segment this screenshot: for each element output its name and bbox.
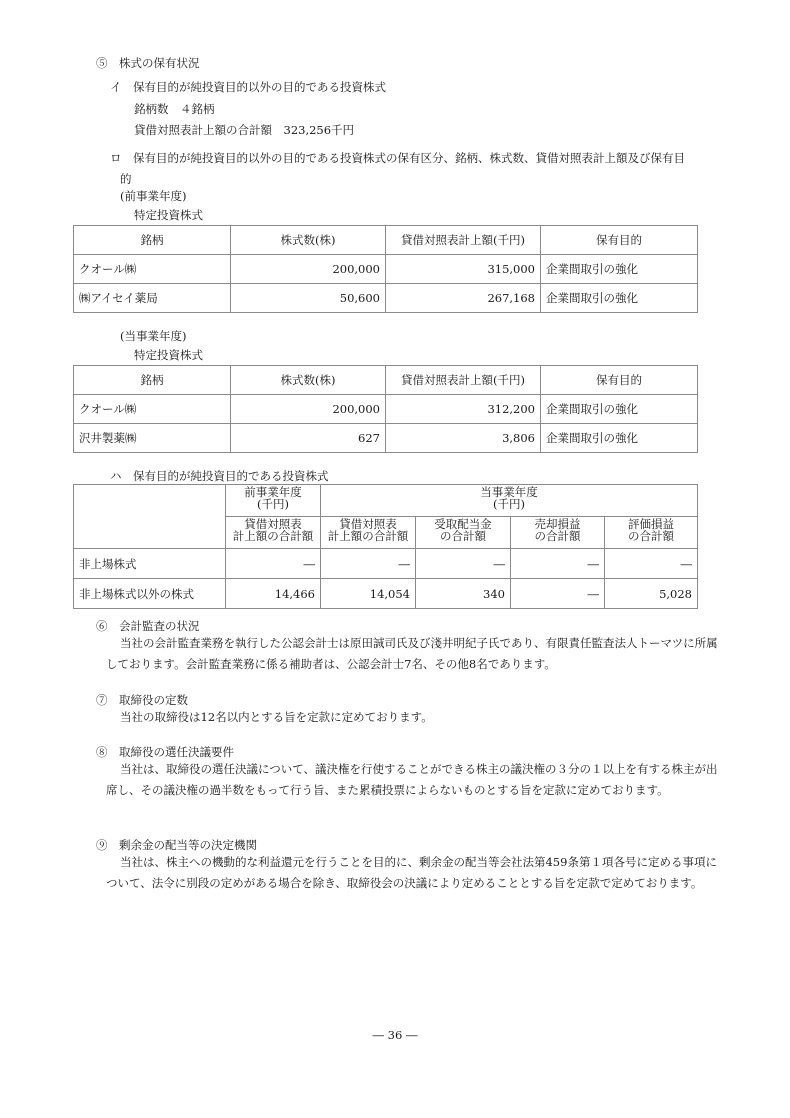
section-6-heading: ⑥ 会計監査の状況 xyxy=(96,619,200,633)
section-5-ro-title: ロ 保有目的が純投資目的以外の目的である投資株式の保有区分、銘柄、株式数、貸借対… xyxy=(110,151,685,165)
value-cell: ― xyxy=(511,549,605,579)
table-row: 非上場株式以外の株式 14,466 14,054 340 ― 5,028 xyxy=(74,579,698,609)
stock-name: 沢井製薬㈱ xyxy=(74,424,231,453)
section-8-body: 当社は、取締役の選任決議について、議決権を行使することができる株主の議決権の３分… xyxy=(106,759,718,801)
empty-header-cell xyxy=(74,485,226,549)
table-row: ㈱アイセイ薬局 50,600 267,168 企業間取引の強化 xyxy=(74,284,698,313)
header-cell: 貸借対照表計上額(千円) xyxy=(386,226,541,255)
stock-name: クオール㈱ xyxy=(74,255,231,284)
purpose: 企業間取引の強化 xyxy=(541,424,698,453)
section-5-i-title: イ 保有目的が純投資目的以外の目的である投資株式 xyxy=(110,80,386,94)
table-row: 非上場株式 ― ― ― ― ― xyxy=(74,549,698,579)
page-number: ― 36 ― xyxy=(0,1028,790,1042)
table-row: クオール㈱ 200,000 312,200 企業間取引の強化 xyxy=(74,395,698,424)
header-cell: 貸借対照表計上額(千円) xyxy=(386,366,541,395)
stock-name: クオール㈱ xyxy=(74,395,231,424)
value-cell: 14,466 xyxy=(226,579,321,609)
book-value: 312,200 xyxy=(386,395,541,424)
curr-year-header: 当事業年度(千円) xyxy=(321,485,698,517)
value-cell: 340 xyxy=(416,579,511,609)
purpose: 企業間取引の強化 xyxy=(541,284,698,313)
header-cell: 保有目的 xyxy=(541,366,698,395)
section-7-body: 当社の取締役は12名以内とする旨を定款に定めております。 xyxy=(106,707,718,728)
purpose: 企業間取引の強化 xyxy=(541,255,698,284)
value-cell: ― xyxy=(416,549,511,579)
prev-year-header: 前事業年度(千円) xyxy=(226,485,321,517)
curr-period-label: (当事業年度) xyxy=(120,329,186,343)
prev-period-label: (前事業年度) xyxy=(120,189,186,203)
value-cell: ― xyxy=(511,579,605,609)
subheader-cell: 貸借対照表計上額の合計額 xyxy=(321,517,416,549)
share-count: 200,000 xyxy=(231,255,386,284)
share-count: 627 xyxy=(231,424,386,453)
table-header-row: 前事業年度(千円) 当事業年度(千円) xyxy=(74,485,698,517)
table-row: クオール㈱ 200,000 315,000 企業間取引の強化 xyxy=(74,255,698,284)
value-cell: ― xyxy=(605,549,698,579)
share-count: 50,600 xyxy=(231,284,386,313)
purpose: 企業間取引の強化 xyxy=(541,395,698,424)
section-6-body: 当社の会計監査業務を執行した公認会計士は原田誠司氏及び淺井明紀子氏であり、有限責… xyxy=(106,633,718,675)
header-cell: 株式数(株) xyxy=(231,366,386,395)
row-label: 非上場株式 xyxy=(74,549,226,579)
header-cell: 株式数(株) xyxy=(231,226,386,255)
subheader-cell: 売却損益の合計額 xyxy=(511,517,605,549)
value-cell: 14,054 xyxy=(321,579,416,609)
value-cell: ― xyxy=(226,549,321,579)
total-amount: 貸借対照表計上額の合計額 323,256千円 xyxy=(134,123,354,137)
book-value: 267,168 xyxy=(386,284,541,313)
row-label: 非上場株式以外の株式 xyxy=(74,579,226,609)
curr-category-label: 特定投資株式 xyxy=(134,348,203,362)
curr-specified-stocks-table: 銘柄 株式数(株) 貸借対照表計上額(千円) 保有目的 クオール㈱ 200,00… xyxy=(73,365,698,453)
section-5-ro-title-cont: 的 xyxy=(120,172,132,186)
pure-investment-stocks-table: 前事業年度(千円) 当事業年度(千円) 貸借対照表計上額の合計額 貸借対照表計上… xyxy=(73,484,698,609)
section-5-heading: ⑤ 株式の保有状況 xyxy=(96,56,200,70)
section-9-heading: ⑨ 剰余金の配当等の決定機関 xyxy=(96,838,257,852)
section-8-heading: ⑧ 取締役の選任決議要件 xyxy=(96,745,234,759)
book-value: 315,000 xyxy=(386,255,541,284)
table-header-row: 銘柄 株式数(株) 貸借対照表計上額(千円) 保有目的 xyxy=(74,366,698,395)
book-value: 3,806 xyxy=(386,424,541,453)
header-cell: 保有目的 xyxy=(541,226,698,255)
subheader-cell: 貸借対照表計上額の合計額 xyxy=(226,517,321,549)
stock-name: ㈱アイセイ薬局 xyxy=(74,284,231,313)
section-5-ha-title: ハ 保有目的が純投資目的である投資株式 xyxy=(110,469,329,483)
section-9-body: 当社は、株主への機動的な利益還元を行うことを目的に、剰余金の配当等会社法第459… xyxy=(106,852,718,894)
header-cell: 銘柄 xyxy=(74,366,231,395)
stock-count: 銘柄数 ４銘柄 xyxy=(134,102,215,116)
share-count: 200,000 xyxy=(231,395,386,424)
prev-category-label: 特定投資株式 xyxy=(134,208,203,222)
table-row: 沢井製薬㈱ 627 3,806 企業間取引の強化 xyxy=(74,424,698,453)
subheader-cell: 評価損益の合計額 xyxy=(605,517,698,549)
table-header-row: 銘柄 株式数(株) 貸借対照表計上額(千円) 保有目的 xyxy=(74,226,698,255)
prev-specified-stocks-table: 銘柄 株式数(株) 貸借対照表計上額(千円) 保有目的 クオール㈱ 200,00… xyxy=(73,225,698,313)
header-cell: 銘柄 xyxy=(74,226,231,255)
subheader-cell: 受取配当金の合計額 xyxy=(416,517,511,549)
value-cell: 5,028 xyxy=(605,579,698,609)
section-7-heading: ⑦ 取締役の定数 xyxy=(96,693,188,707)
value-cell: ― xyxy=(321,549,416,579)
